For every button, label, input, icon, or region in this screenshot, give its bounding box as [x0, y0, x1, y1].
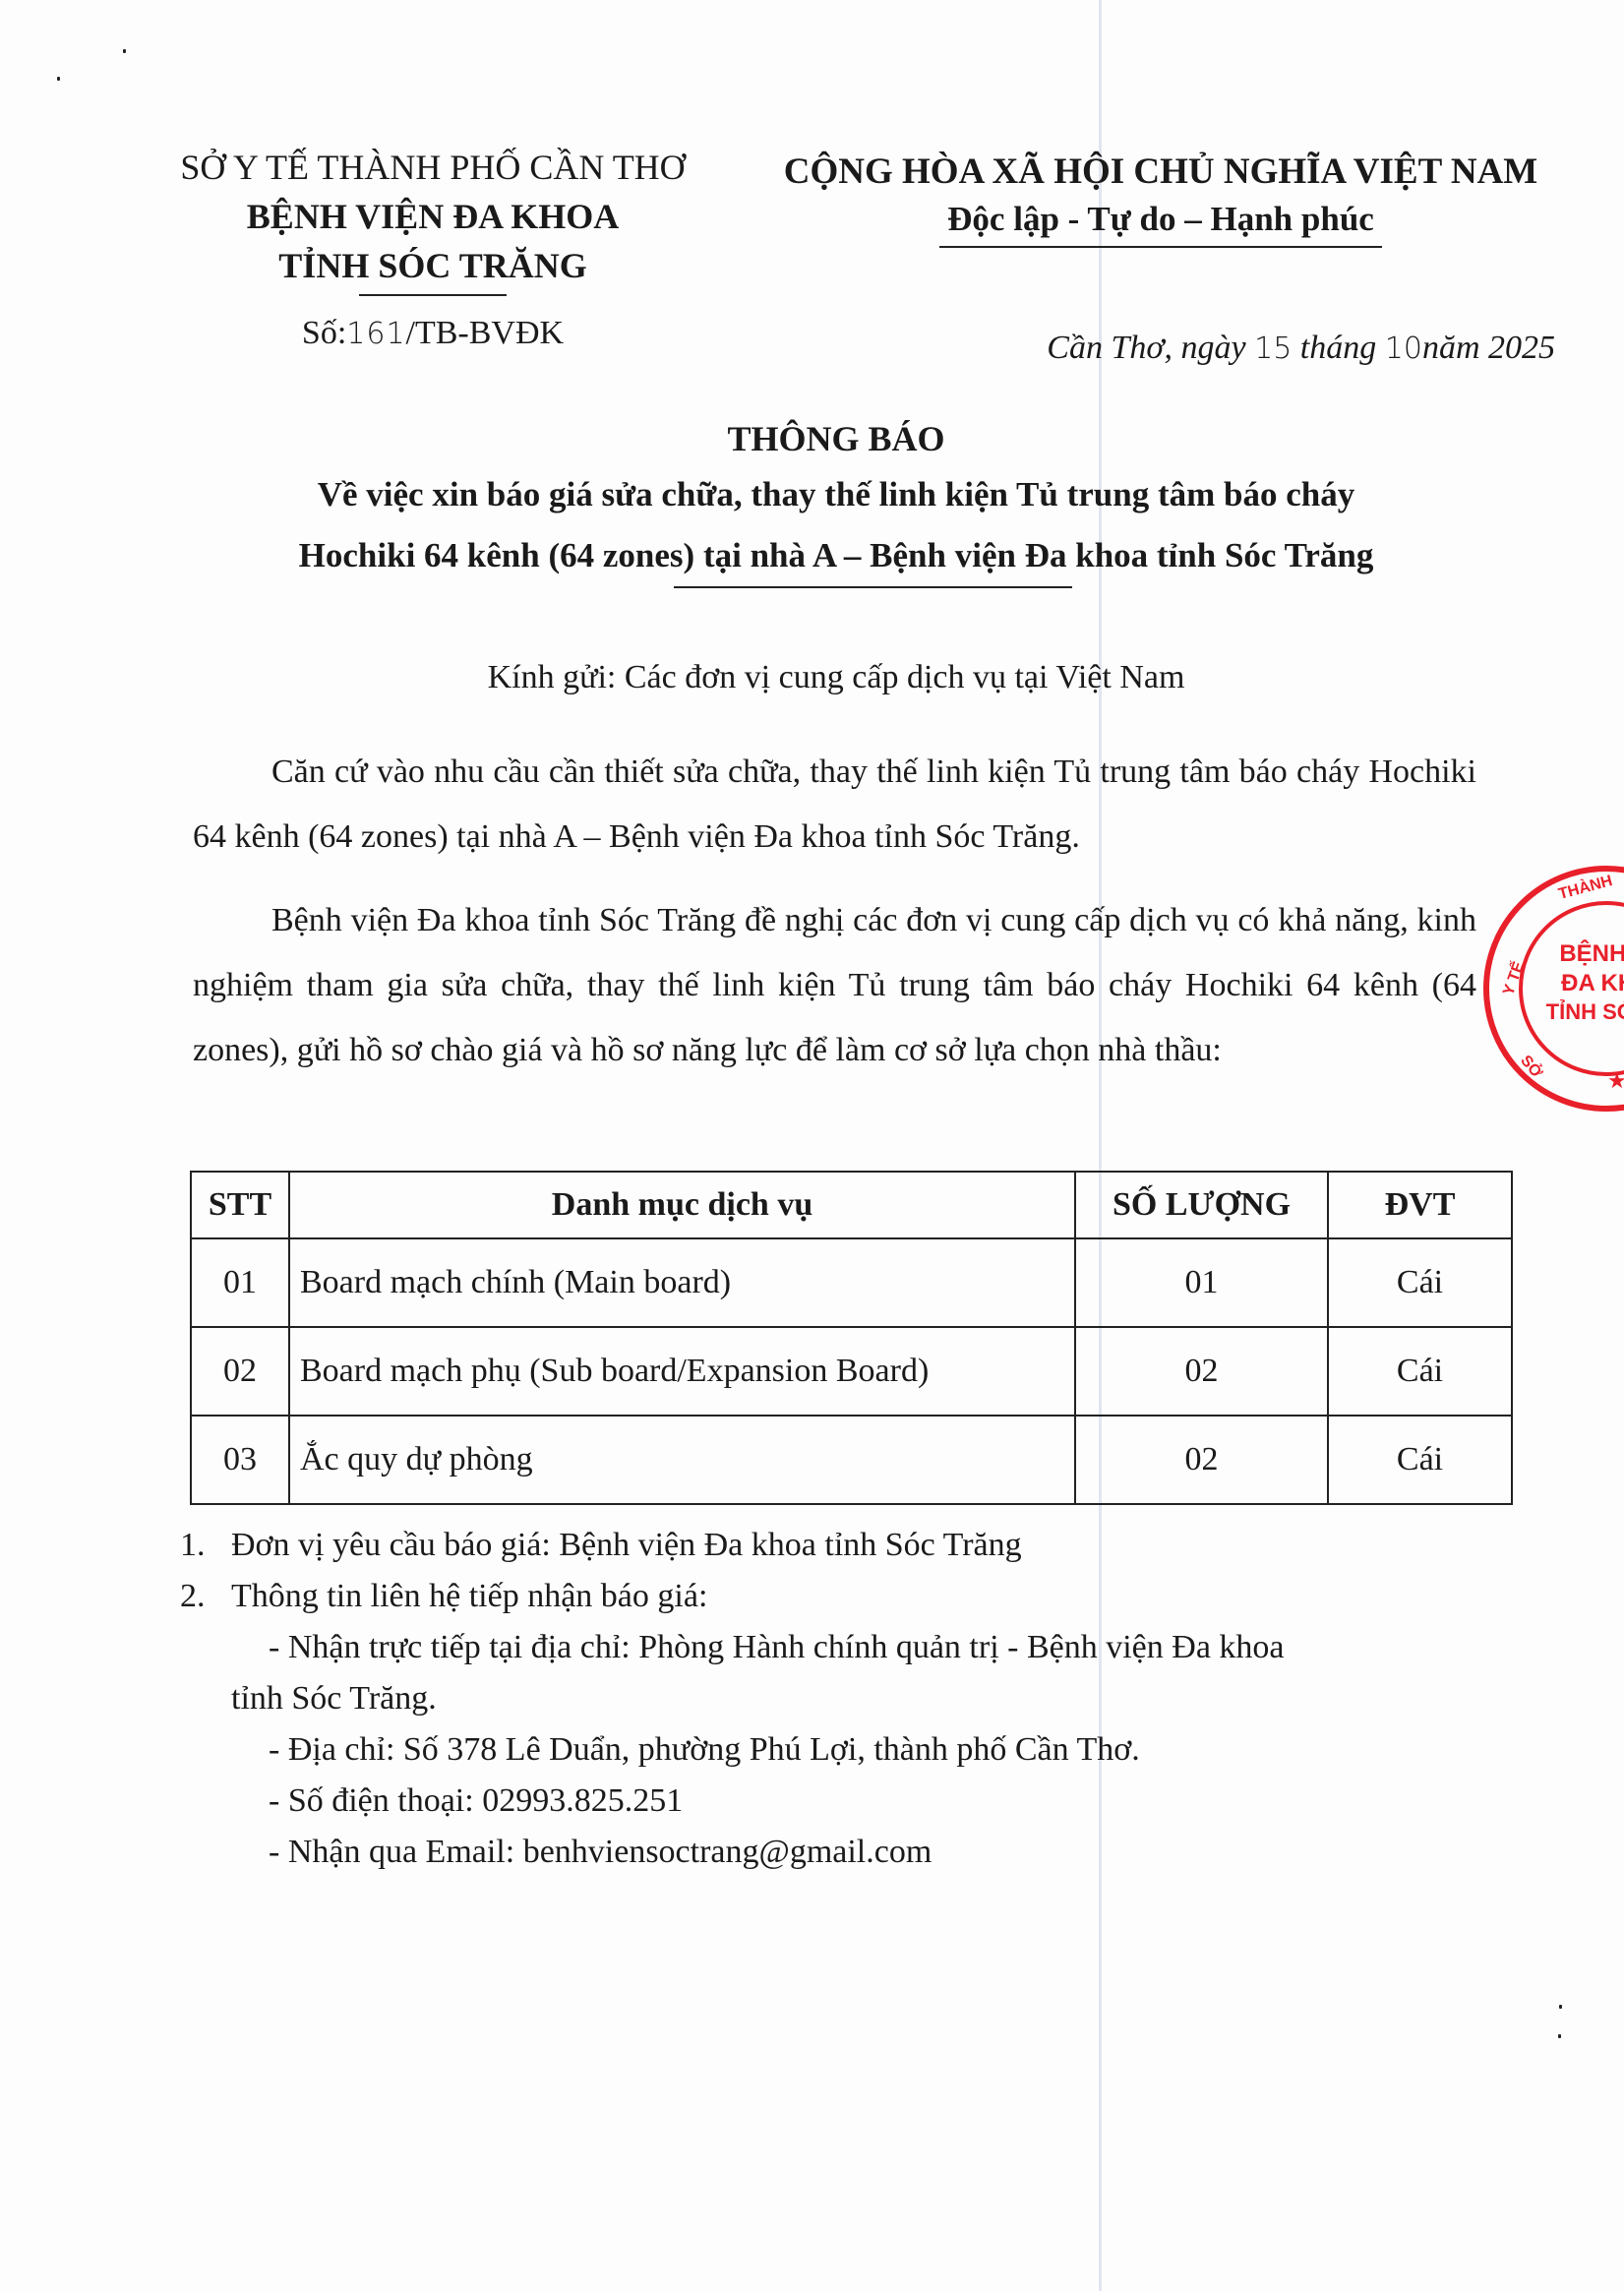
department-name: SỞ Y TẾ THÀNH PHỐ CẦN THƠ: [148, 143, 718, 192]
contact-direct-delivery-cont: tỉnh Sóc Trăng.: [180, 1673, 1498, 1724]
seal-text-line1: BỆNH VI: [1529, 940, 1624, 968]
contact-phone: - Số điện thoại: 02993.825.251: [180, 1776, 1498, 1827]
subject-line-2: Hochiki 64 kênh (64 zones) tại nhà A – B…: [197, 525, 1475, 586]
subject-line-1: Về việc xin báo giá sửa chữa, thay thế l…: [197, 464, 1475, 525]
date-day-handwritten: 15: [1254, 332, 1292, 366]
contact-email: - Nhận qua Email: benhviensoctrang@gmail…: [180, 1827, 1498, 1878]
list-number: 2.: [180, 1571, 231, 1622]
cell-stt: 01: [191, 1238, 289, 1327]
requirements-list: 1. Đơn vị yêu cầu báo giá: Bệnh viện Đa …: [180, 1520, 1498, 1878]
issuing-authority-block: SỞ Y TẾ THÀNH PHỐ CẦN THƠ BỆNH VIỆN ĐA K…: [148, 143, 718, 358]
national-motto: Độc lập - Tự do – Hạnh phúc: [772, 197, 1549, 242]
table-row: 02 Board mạch phụ (Sub board/Expansion B…: [191, 1327, 1512, 1416]
scan-speck: [123, 49, 126, 53]
paragraph-basis: Căn cứ vào nhu cầu cần thiết sửa chữa, t…: [193, 740, 1476, 870]
table-header-row: STT Danh mục dịch vụ SỐ LƯỢNG ĐVT: [191, 1172, 1512, 1238]
cell-unit: Cái: [1328, 1238, 1512, 1327]
cell-service: Ắc quy dự phòng: [289, 1416, 1075, 1504]
recipient-line: Kính gửi: Các đơn vị cung cấp dịch vụ tạ…: [197, 654, 1475, 701]
cell-quantity: 02: [1075, 1416, 1328, 1504]
col-header-unit: ĐVT: [1328, 1172, 1512, 1238]
cell-service: Board mạch chính (Main board): [289, 1238, 1075, 1327]
date-year: năm 2025: [1422, 330, 1555, 366]
organization-name-line2: TỈNH SÓC TRĂNG: [148, 241, 718, 290]
list-item-text: Thông tin liên hệ tiếp nhận báo giá:: [231, 1571, 707, 1622]
doc-number-handwritten: 161: [346, 317, 405, 351]
seal-star-icon: ★: [1607, 1068, 1624, 1094]
organization-name-line1: BỆNH VIỆN ĐA KHOA: [148, 192, 718, 241]
cell-quantity: 01: [1075, 1238, 1328, 1327]
col-header-service: Danh mục dịch vụ: [289, 1172, 1075, 1238]
list-item-requesting-unit: 1. Đơn vị yêu cầu báo giá: Bệnh viện Đa …: [180, 1520, 1498, 1571]
list-item-contact-info: 2. Thông tin liên hệ tiếp nhận báo giá:: [180, 1571, 1498, 1622]
date-month-label: tháng: [1292, 330, 1384, 366]
col-header-quantity: SỐ LƯỢNG: [1075, 1172, 1328, 1238]
scan-speck: [1558, 2034, 1561, 2038]
document-heading: THÔNG BÁO: [197, 413, 1475, 464]
country-name: CỘNG HÒA XÃ HỘI CHỦ NGHĨA VIỆT NAM: [772, 148, 1549, 197]
list-number: 1.: [180, 1520, 231, 1571]
place-and-date: Cần Thơ, ngày 15 tháng 10năm 2025: [1047, 330, 1555, 367]
seal-arc-top-text: THÀNH: [1557, 873, 1615, 904]
contact-address: - Địa chỉ: Số 378 Lê Duẩn, phường Phú Lợ…: [180, 1724, 1498, 1776]
red-official-seal: THÀNH Y TẾ SỞ BỆNH VI ĐA KHO TỈNH SÓC T …: [1483, 866, 1624, 1112]
paragraph-request: Bệnh viện Đa khoa tỉnh Sóc Trăng đề nghị…: [193, 888, 1476, 1083]
date-place: Cần Thơ, ngày: [1047, 330, 1254, 366]
paragraph-request-text: Bệnh viện Đa khoa tỉnh Sóc Trăng đề nghị…: [193, 902, 1476, 1068]
date-month-handwritten: 10: [1385, 332, 1422, 366]
header-left-rule: [359, 294, 507, 296]
doc-number-suffix: /TB-BVĐK: [406, 315, 565, 351]
scan-speck: [57, 77, 60, 81]
cell-stt: 02: [191, 1327, 289, 1416]
national-header-block: CỘNG HÒA XÃ HỘI CHỦ NGHĨA VIỆT NAM Độc l…: [772, 148, 1549, 248]
table-row: 01 Board mạch chính (Main board) 01 Cái: [191, 1238, 1512, 1327]
contact-direct-delivery: - Nhận trực tiếp tại địa chỉ: Phòng Hành…: [180, 1622, 1498, 1673]
seal-arc-bottom-text: SỞ: [1516, 1053, 1544, 1082]
cell-quantity: 02: [1075, 1327, 1328, 1416]
scan-speck: [1559, 2005, 1562, 2009]
col-header-stt: STT: [191, 1172, 289, 1238]
header-right-rule: [939, 246, 1382, 248]
title-rule: [674, 586, 1072, 588]
service-items-table: STT Danh mục dịch vụ SỐ LƯỢNG ĐVT 01 Boa…: [190, 1171, 1513, 1505]
seal-text-line3: TỈNH SÓC T: [1529, 999, 1624, 1025]
document-number: Số:161/TB-BVĐK: [148, 310, 718, 358]
cell-stt: 03: [191, 1416, 289, 1504]
seal-text-line2: ĐA KHO: [1529, 970, 1624, 997]
cell-unit: Cái: [1328, 1416, 1512, 1504]
doc-number-prefix: Số:: [302, 315, 346, 351]
table-row: 03 Ắc quy dự phòng 02 Cái: [191, 1416, 1512, 1504]
cell-unit: Cái: [1328, 1327, 1512, 1416]
paragraph-basis-text: Căn cứ vào nhu cầu cần thiết sửa chữa, t…: [193, 754, 1476, 855]
document-title-block: THÔNG BÁO Về việc xin báo giá sửa chữa, …: [197, 413, 1475, 588]
list-item-text: Đơn vị yêu cầu báo giá: Bệnh viện Đa kho…: [231, 1520, 1022, 1571]
cell-service: Board mạch phụ (Sub board/Expansion Boar…: [289, 1327, 1075, 1416]
